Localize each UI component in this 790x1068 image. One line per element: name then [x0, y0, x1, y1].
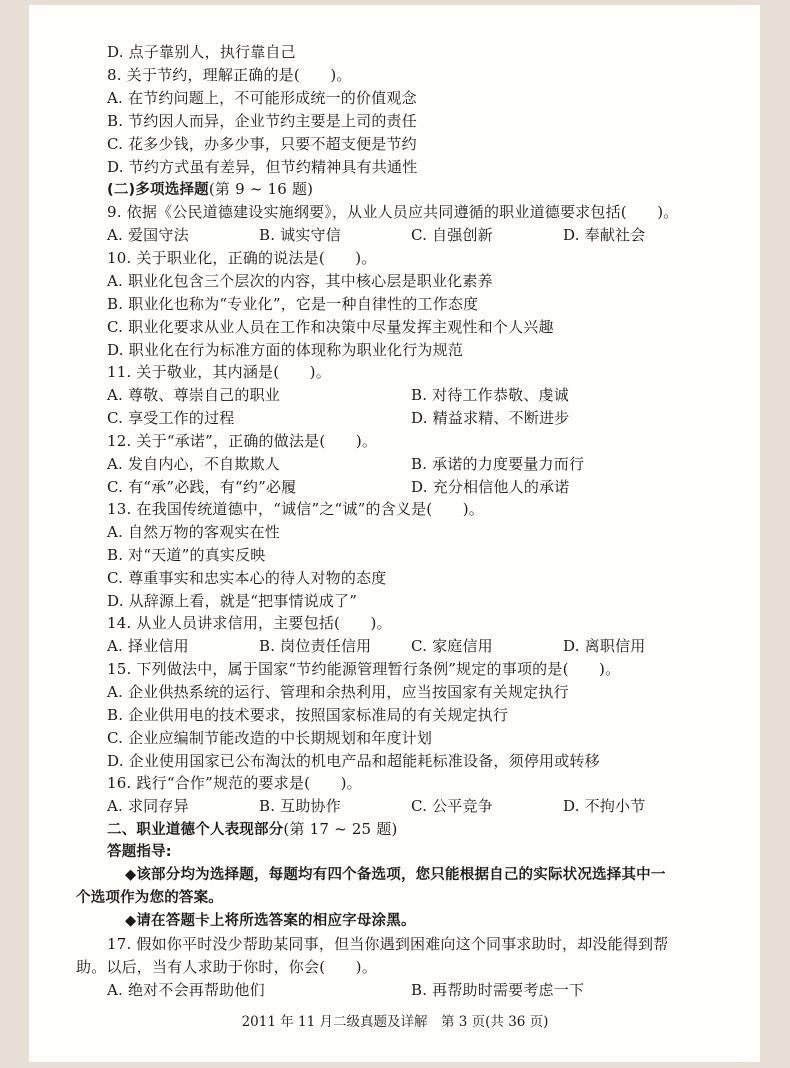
q9-option-c: C. 自强创新	[411, 225, 493, 245]
q11-stem: 11. 关于敬业，其内涵是( )。	[107, 362, 331, 382]
q14-option-c: C. 家庭信用	[411, 636, 493, 656]
q12-option-c: C. 有“承”必践，有“约”必履	[107, 477, 296, 497]
section-multi-heading: (二)多项选择题(第 9 ~ 16 题)	[107, 179, 313, 200]
q8-stem: 8. 关于节约，理解正确的是( )。	[107, 65, 352, 85]
q12-option-a: A. 发自内心，不自欺欺人	[107, 454, 280, 474]
section-two-range: (第 17 ~ 25 题)	[283, 820, 397, 838]
q15-option-b: B. 企业供用电的技术要求，按照国家标准局的有关规定执行	[107, 705, 508, 725]
q13-option-c: C. 尊重事实和忠实本心的待人对物的态度	[107, 568, 386, 588]
q13-option-b: B. 对“天道”的真实反映	[107, 545, 266, 565]
q10-option-d: D. 职业化在行为标准方面的体现称为职业化行为规范	[107, 340, 463, 360]
q11-option-a: A. 尊敬、尊崇自己的职业	[107, 385, 280, 405]
q16-option-c: C. 公平竞争	[411, 796, 493, 816]
guide-title: 答题指导:	[107, 842, 172, 862]
q13-option-d: D. 从辞源上看，就是“把事情说成了”	[107, 591, 357, 611]
section-two-title: 二、职业道德个人表现部分	[107, 822, 283, 838]
q16-option-d: D. 不拘小节	[563, 796, 645, 816]
q15-stem: 15. 下列做法中，属于国家“节约能源管理暂行条例”规定的事项的是( )。	[107, 659, 620, 679]
q13-option-a: A. 自然万物的客观实在性	[107, 522, 280, 542]
q14-option-b: B. 岗位责任信用	[259, 636, 371, 656]
q8-option-b: B. 节约因人而异，企业节约主要是上司的责任	[107, 111, 417, 131]
q12-stem: 12. 关于“承诺”，正确的做法是( )。	[107, 431, 377, 451]
q9-option-b: B. 诚实守信	[259, 225, 341, 245]
q8-option-a: A. 在节约问题上，不可能形成统一的价值观念	[107, 88, 417, 108]
q17-stem-line-1: 17. 假如你平时没少帮助某同事，但当你遇到困难向这个同事求助时，却没能得到帮	[107, 934, 668, 954]
q8-option-d: D. 节约方式虽有差异，但节约精神具有共通性	[107, 157, 417, 177]
section-multi-title: (二)多项选择题	[107, 182, 209, 198]
q8-option-c: C. 花多少钱，办多少事，只要不超支便是节约	[107, 134, 417, 154]
section-multi-range: (第 9 ~ 16 题)	[209, 180, 313, 198]
q17-stem-line-2: 助。以后，当有人求助于你时，你会( )。	[76, 957, 377, 977]
page-footer: 2011 年 11 月二级真题及详解 第 3 页(共 36 页)	[0, 1010, 790, 1030]
q10-option-b: B. 职业化也称为“专业化”，它是一种自律性的工作态度	[107, 294, 478, 314]
q12-option-b: B. 承诺的力度要量力而行	[411, 454, 584, 474]
q11-option-c: C. 享受工作的过程	[107, 408, 234, 428]
q16-stem: 16. 践行“合作”规范的要求是( )。	[107, 773, 362, 793]
q17-option-b: B. 再帮助时需要考虑一下	[411, 980, 584, 1000]
section-two-heading: 二、职业道德个人表现部分(第 17 ~ 25 题)	[107, 819, 398, 840]
q14-option-d: D. 离职信用	[563, 636, 645, 656]
q14-option-a: A. 择业信用	[107, 636, 189, 656]
q7-option-d: D. 点子靠别人，执行靠自己	[107, 42, 296, 62]
guide-item-1-line-2: 个选项作为您的答案。	[76, 888, 223, 908]
q11-option-b: B. 对待工作恭敬、虔诚	[411, 385, 569, 405]
guide-item-2: ◆请在答题卡上将所选答案的相应字母涂黑。	[125, 911, 416, 931]
q9-stem: 9. 依据《公民道德建设实施纲要》，从业人员应共同遵循的职业道德要求包括( )。	[107, 202, 679, 222]
q16-option-a: A. 求同存异	[107, 796, 189, 816]
q17-option-a: A. 绝对不会再帮助他们	[107, 980, 265, 1000]
q14-stem: 14. 从业人员讲求信用，主要包括( )。	[107, 613, 392, 633]
q16-option-b: B. 互助协作	[259, 796, 341, 816]
q15-option-a: A. 企业供热系统的运行、管理和余热利用，应当按国家有关规定执行	[107, 682, 569, 702]
q9-option-d: D. 奉献社会	[563, 225, 645, 245]
q15-option-c: C. 企业应编制节能改造的中长期规划和年度计划	[107, 728, 432, 748]
q10-stem: 10. 关于职业化，正确的说法是( )。	[107, 248, 377, 268]
q9-option-a: A. 爱国守法	[107, 225, 189, 245]
q10-option-a: A. 职业化包含三个层次的内容，其中核心层是职业化素养	[107, 271, 493, 291]
guide-item-1-line-1: ◆该部分均为选择题，每题均有四个备选项，您只能根据自己的实际状况选择其中一	[125, 865, 666, 885]
q11-option-d: D. 精益求精、不断进步	[411, 408, 569, 428]
q15-option-d: D. 企业使用国家已公布淘汰的机电产品和超能耗标准设备，须停用或转移	[107, 751, 600, 771]
q12-option-d: D. 充分相信他人的承诺	[411, 477, 569, 497]
q10-option-c: C. 职业化要求从业人员在工作和决策中尽量发挥主观性和个人兴趣	[107, 317, 554, 337]
q13-stem: 13. 在我国传统道德中，“诚信”之“诚”的含义是( )。	[107, 499, 484, 519]
